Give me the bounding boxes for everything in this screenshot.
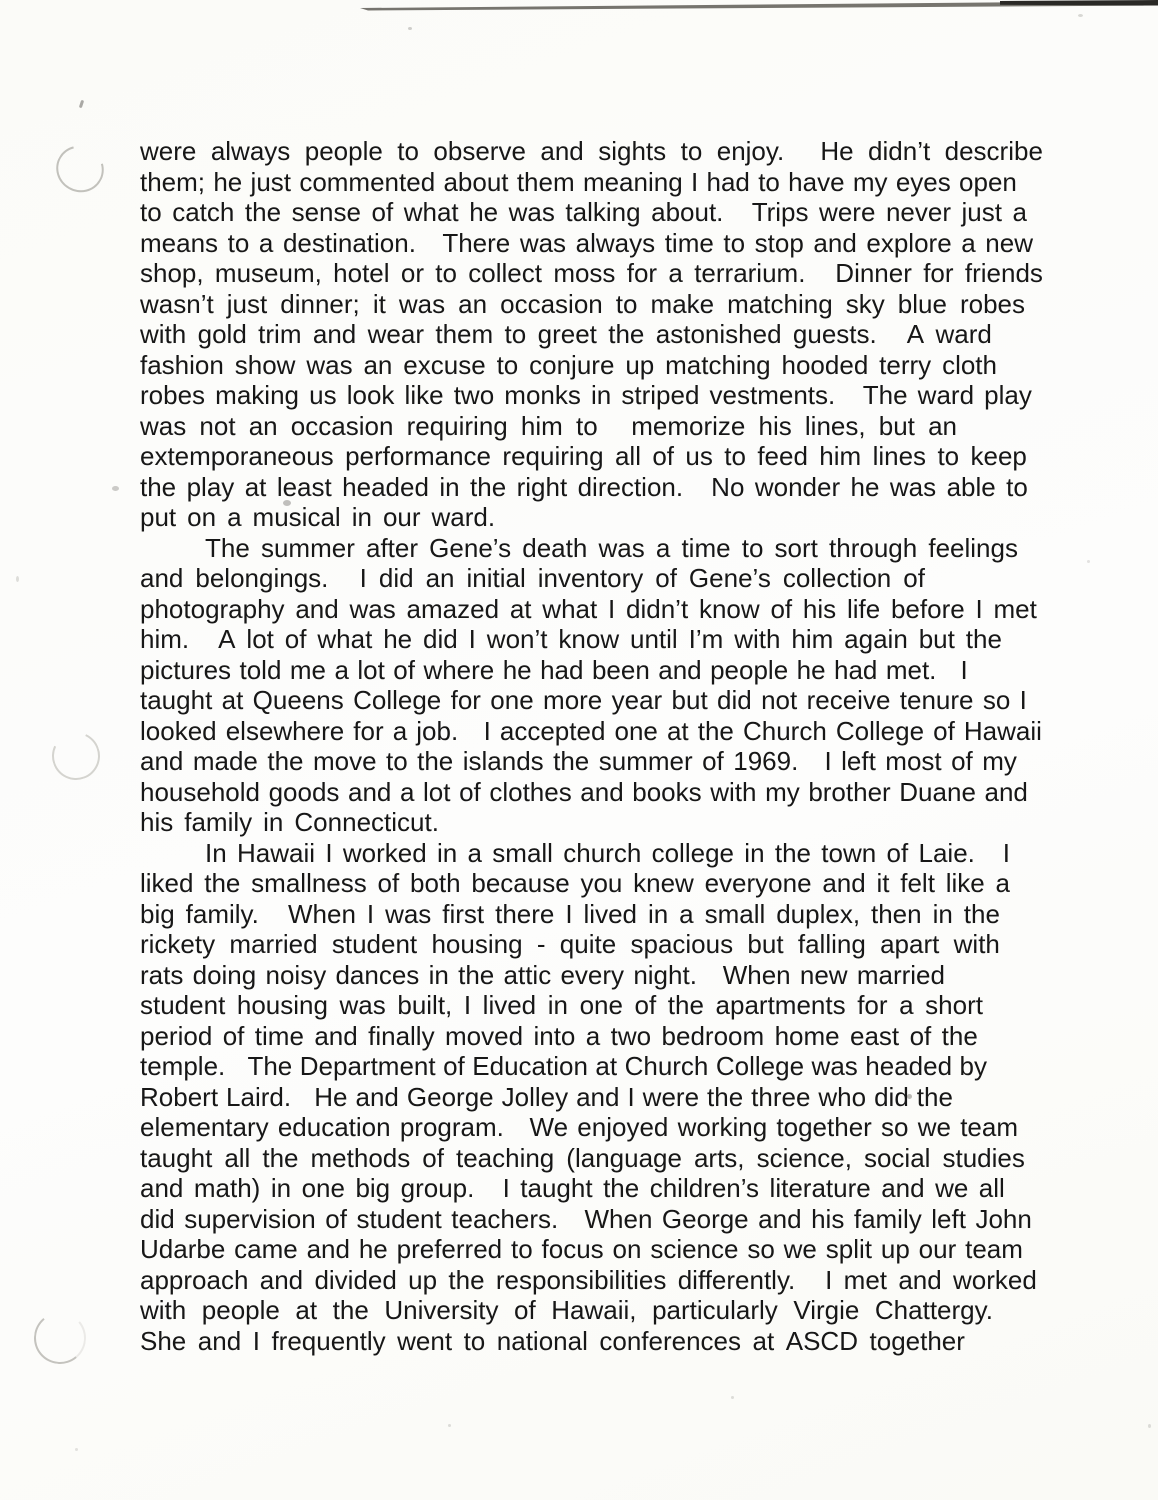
text-line: robesmakinguslookliketwomonksinstripedve… (140, 380, 1032, 411)
text-line: picturestoldmealotofwherehehadbeenandpeo… (140, 655, 968, 686)
text-line: andbelongings. IdidaninitialinventoryofG… (140, 563, 925, 594)
text-line: andmath)inonebiggroup. Itaughtthechildre… (140, 1173, 1005, 1204)
text-line: householdgoodsandalotofclothesandbookswi… (140, 777, 1028, 808)
text-line: shop,museum,hotelortocollectmossforaterr… (140, 258, 1043, 289)
punch-hole-mark-bottom (32, 1310, 88, 1366)
text-line: Udarbecameandhepreferredtofocusonscience… (140, 1234, 1023, 1265)
text-line: taughtallthemethodsofteaching(languagear… (140, 1143, 1025, 1174)
page-text: werealwayspeopletoobserveandsightstoenjo… (140, 136, 1045, 1356)
paper-speck (1087, 560, 1090, 563)
text-line: SheandIfrequentlywenttonationalconferenc… (140, 1326, 965, 1357)
text-line: RobertLaird. HeandGeorgeJolleyandIwereth… (140, 1082, 953, 1113)
text-line: ratsdoingnoisydancesintheatticeverynight… (140, 960, 945, 991)
text-line: wasn’tjustdinner;itwasanoccasiontomakema… (140, 289, 1025, 320)
paper-speck (1148, 1424, 1151, 1428)
text-line: withgoldtrimandwearthemtogreettheastonis… (140, 319, 992, 350)
text-line: tocatchthesenseofwhathewastalkingabout. … (140, 197, 1027, 228)
text-line: hisfamilyinConnecticut. (140, 807, 1045, 838)
text-line: didsupervisionofstudentteachers. WhenGeo… (140, 1204, 1032, 1235)
text-line: approachanddivideduptheresponsibilitiesd… (140, 1265, 1037, 1296)
text-line: withpeopleattheUniversityofHawaii,partic… (140, 1295, 993, 1326)
text-line: andmadethemovetotheislandsthesummerof196… (140, 746, 1017, 777)
text-line: them;hejustcommentedaboutthemmeaningIhad… (140, 167, 1017, 198)
text-line: werealwayspeopletoobserveandsightstoenjo… (140, 136, 1043, 167)
paper-speck (79, 100, 84, 109)
text-line: him. AlotofwhathedidIwon’tknowuntilI’mwi… (140, 624, 1002, 655)
paper-speck (408, 27, 412, 30)
text-line: ricketymarriedstudenthousing-quitespacio… (140, 929, 1000, 960)
paper-speck (75, 1448, 78, 1451)
text-line: elementaryeducationprogram. Weenjoyedwor… (140, 1112, 1018, 1143)
text-line: taughtatQueensCollegeforonemoreyearbutdi… (140, 685, 1027, 716)
text-line: studenthousingwasbuilt,Ilivedinoneofthea… (140, 990, 983, 1021)
text-line: extemporaneousperformancerequiringallofu… (140, 441, 1027, 472)
paper-speck (16, 576, 19, 582)
punch-hole-mark-middle (45, 725, 107, 787)
paper-speck (1078, 14, 1083, 17)
text-line: theplayatleastheadedintherightdirection.… (140, 472, 1028, 503)
text-line: fashionshowwasanexcusetoconjureupmatchin… (140, 350, 997, 381)
text-line: likedthesmallnessofbothbecauseyoukneweve… (140, 868, 1010, 899)
text-line: meanstoadestination. Therewasalwaystimet… (140, 228, 1033, 259)
paper-speck (731, 1396, 734, 1399)
text-line: photographyandwasamazedatwhatIdidn’tknow… (140, 594, 1037, 625)
text-line: periodoftimeandfinallymovedintoatwobedro… (140, 1021, 978, 1052)
paper-speck (448, 1424, 451, 1427)
document-page: werealwayspeopletoobserveandsightstoenjo… (0, 0, 1158, 1500)
text-line: wasnotanoccasionrequiringhimto memorizeh… (140, 411, 957, 442)
text-line: lookedelsewhereforajob. Iacceptedoneatth… (140, 716, 1042, 747)
scan-edge-artifact (0, 0, 1158, 16)
text-line: bigfamily. WhenIwasfirstthereIlivedinasm… (140, 899, 1000, 930)
punch-hole-mark-top (48, 137, 113, 201)
text-line: temple. TheDepartmentofEducationatChurch… (140, 1051, 987, 1082)
paper-speck (112, 486, 119, 491)
text-line: InHawaiiIworkedinasmallchurchcollegeinth… (140, 838, 1010, 869)
text-line: putonamusicalinourward. (140, 502, 1045, 533)
text-line: ThesummerafterGene’sdeathwasatimetosortt… (140, 533, 1018, 564)
